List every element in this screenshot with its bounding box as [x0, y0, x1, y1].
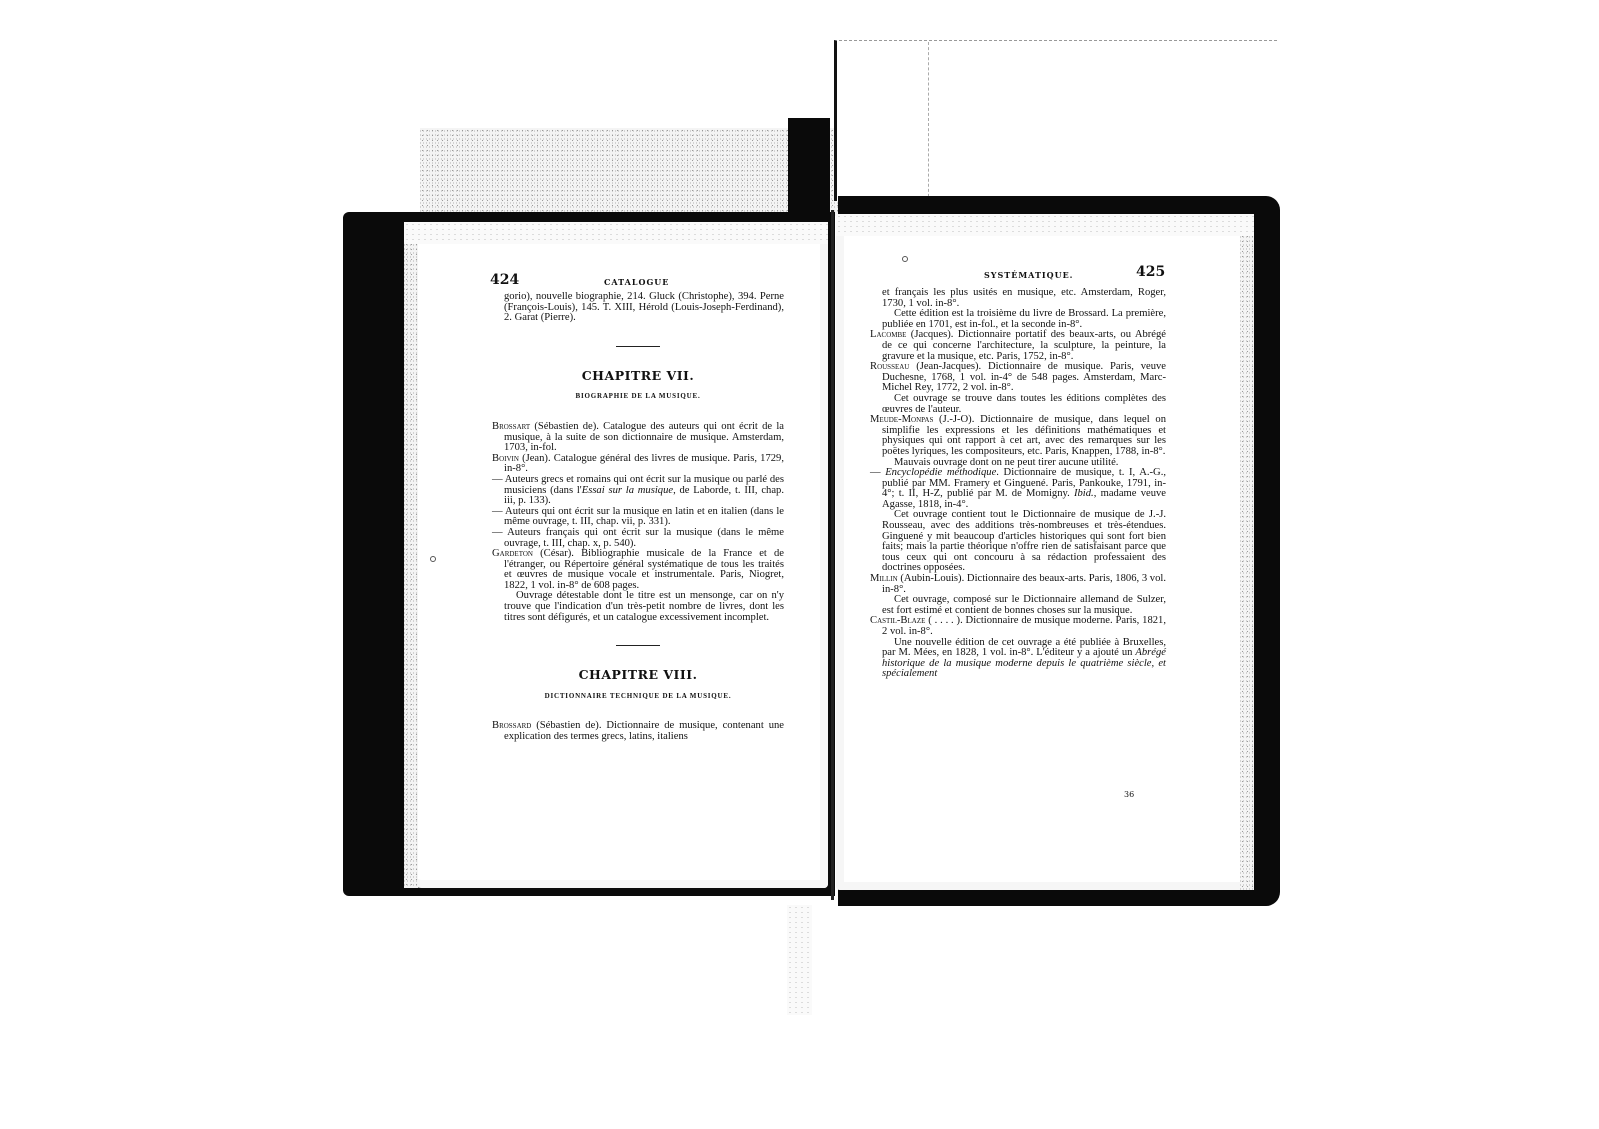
left-page-top-edge: [404, 222, 828, 244]
bibliography-entry: — Auteurs grecs et romains qui ont écrit…: [492, 475, 784, 507]
bibliography-note: Cet ouvrage contient tout le Dictionnair…: [870, 510, 1166, 574]
book-bottom-strip: [787, 905, 812, 1015]
bibliography-entry: Meude-Monpas (J.-J-O). Dictionnaire de m…: [870, 415, 1166, 457]
chapter-subtitle: BIOGRAPHIE DE LA MUSIQUE.: [492, 391, 784, 402]
left-page: 424 CATALOGUE gorio), nouvelle biographi…: [404, 222, 828, 888]
signature-mark: 36: [1124, 790, 1134, 799]
bibliography-entry: — Auteurs français qui ont écrit sur la …: [492, 528, 784, 549]
section-rule: [616, 346, 660, 347]
bibliography-note: Cet ouvrage, composé sur le Dictionnaire…: [870, 595, 1166, 616]
bibliography-entry: Lacombe (Jacques). Dictionnaire portatif…: [870, 330, 1166, 362]
bibliography-entry: Brossard (Sébastien de). Dictionnaire de…: [492, 721, 784, 742]
bibliography-entry: — Auteurs qui ont écrit sur la musique e…: [492, 507, 784, 528]
bibliography-entry: Brossart (Sébastien de). Catalogue des a…: [492, 422, 784, 454]
bibliography-note: Une nouvelle édition de cet ouvrage a ét…: [870, 638, 1166, 680]
bibliography-entry: Millin (Aubin-Louis). Dictionnaire des b…: [870, 574, 1166, 595]
bibliography-entry: Gardeton (César). Bibliographie musicale…: [492, 549, 784, 591]
left-page-edge: [404, 222, 418, 888]
running-head: CATALOGUE: [604, 277, 669, 287]
right-page-top-edge: [836, 214, 1254, 236]
right-page-text: et français les plus usités en musique, …: [870, 288, 1166, 680]
right-page: SYSTÉMATIQUE. 425 et français les plus u…: [836, 214, 1254, 890]
chapter-title: CHAPITRE VII.: [492, 371, 784, 382]
section-rule: [616, 645, 660, 646]
bibliography-note: Cette édition est la troisième du livre …: [870, 309, 1166, 330]
continuation-text: gorio), nouvelle biographie, 214. Gluck …: [492, 292, 784, 324]
margin-mark: [902, 256, 908, 262]
chapter-subtitle: DICTIONNAIRE TECHNIQUE DE LA MUSIQUE.: [492, 691, 784, 702]
right-page-edge: [1240, 214, 1254, 890]
bibliography-note: Ouvrage détestable dont le titre est un …: [492, 591, 784, 623]
left-page-text: gorio), nouvelle biographie, 214. Gluck …: [492, 292, 784, 743]
book-top-flap: [834, 40, 1277, 201]
chapter-title: CHAPITRE VIII.: [492, 670, 784, 681]
bibliography-entry: — Encyclopédie méthodique. Dictionnaire …: [870, 468, 1166, 510]
continuation-text: et français les plus usités en musique, …: [870, 288, 1166, 309]
book-spine-block: [788, 118, 830, 218]
bibliography-entry: Castil-Blaze ( . . . . ). Dictionnaire d…: [870, 616, 1166, 637]
book-top-flap-crease: [928, 42, 931, 202]
running-head: SYSTÉMATIQUE.: [984, 270, 1073, 280]
bibliography-entry: Boivin (Jean). Catalogue général des liv…: [492, 454, 784, 475]
page-number: 424: [490, 272, 519, 288]
bibliography-entry: Rousseau (Jean-Jacques). Dictionnaire de…: [870, 362, 1166, 394]
book-gutter: [831, 210, 834, 900]
page-number: 425: [1136, 264, 1165, 280]
margin-mark: [430, 556, 436, 562]
bibliography-note: Cet ouvrage se trouve dans toutes les éd…: [870, 394, 1166, 415]
